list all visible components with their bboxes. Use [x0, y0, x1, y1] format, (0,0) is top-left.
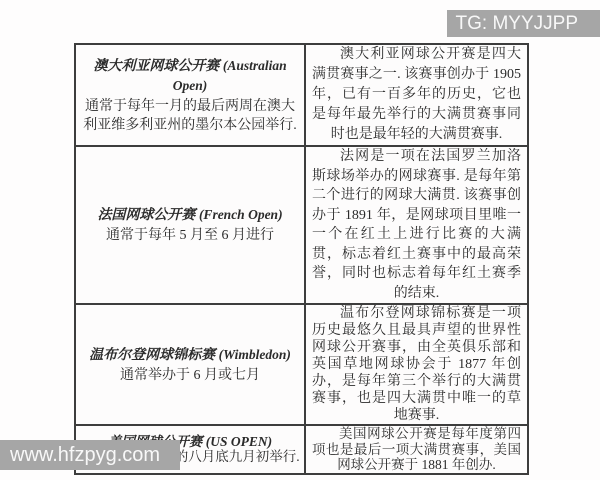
tournament-name: 澳大利亚网球公开赛 (Australian Open) — [79, 56, 301, 96]
tournament-name-cn: 法国网球公开赛 — [97, 208, 195, 223]
description-cell: 温布尔登网球锦标赛是一项历史最悠久且最具声望的世界性网球公开赛事，由全英俱乐部和… — [305, 304, 528, 425]
tournament-description: 美国网球公开赛是每年度第四项也是最后一项大满贯赛事，美国网球公开赛于 1881 … — [312, 426, 521, 473]
watermark-website-text: www.hfzpyg.com — [10, 444, 160, 466]
table-row-wimbledon: 温布尔登网球锦标赛 (Wimbledon) 通常举办于 6 月或七月 温布尔登网… — [75, 304, 528, 425]
grand-slam-table: 澳大利亚网球公开赛 (Australian Open) 通常于每年一月的最后两周… — [74, 43, 529, 475]
tournament-cell: 法国网球公开赛 (French Open) 通常于每年 5 月至 6 月进行 — [75, 146, 305, 304]
tournament-description: 温布尔登网球锦标赛是一项历史最悠久且最具声望的世界性网球公开赛事，由全英俱乐部和… — [312, 305, 521, 424]
description-cell: 澳大利亚网球公开赛是四大满贯赛事之一. 该赛事创办于 1905 年，已有一百多年… — [305, 44, 528, 146]
document-page: 澳大利亚网球公开赛 (Australian Open) 通常于每年一月的最后两周… — [0, 0, 600, 480]
tournament-name: 温布尔登网球锦标赛 (Wimbledon) — [79, 345, 301, 365]
tournament-name-en: (French Open) — [199, 207, 283, 222]
tournament-name-cn: 温布尔登网球锦标赛 — [89, 348, 215, 363]
tournament-description: 澳大利亚网球公开赛是四大满贯赛事之一. 该赛事创办于 1905 年，已有一百多年… — [312, 45, 521, 145]
tournament-name: 法国网球公开赛 (French Open) — [79, 205, 301, 225]
tournament-schedule: 通常于每年 5 月至 6 月进行 — [79, 226, 301, 245]
tournament-name-cn: 澳大利亚网球公开赛 — [93, 59, 219, 74]
tournament-cell: 澳大利亚网球公开赛 (Australian Open) 通常于每年一月的最后两周… — [75, 44, 305, 146]
tournament-name-en: (Wimbledon) — [219, 347, 291, 362]
watermark-website: www.hfzpyg.com — [0, 440, 180, 470]
description-cell: 法网是一项在法国罗兰加洛斯球场举办的网球赛事. 是每年第二个进行的网球大满贯. … — [305, 146, 528, 304]
tournament-schedule: 通常于每年一月的最后两周在澳大利亚维多利亚州的墨尔本公园举行. — [79, 97, 301, 135]
table-row-french-open: 法国网球公开赛 (French Open) 通常于每年 5 月至 6 月进行 法… — [75, 146, 528, 304]
tournament-schedule: 通常举办于 6 月或七月 — [79, 366, 301, 385]
watermark-telegram-text: TG: MYYJJPP — [456, 13, 578, 34]
watermark-telegram: TG: MYYJJPP — [447, 10, 600, 37]
table-row-australian-open: 澳大利亚网球公开赛 (Australian Open) 通常于每年一月的最后两周… — [75, 44, 528, 146]
tournament-name-en: (US OPEN) — [206, 434, 272, 449]
tournament-cell: 温布尔登网球锦标赛 (Wimbledon) 通常举办于 6 月或七月 — [75, 304, 305, 425]
description-cell: 美国网球公开赛是每年度第四项也是最后一项大满贯赛事，美国网球公开赛于 1881 … — [305, 425, 528, 474]
tournament-description: 法网是一项在法国罗兰加洛斯球场举办的网球赛事. 是每年第二个进行的网球大满贯. … — [312, 147, 521, 303]
